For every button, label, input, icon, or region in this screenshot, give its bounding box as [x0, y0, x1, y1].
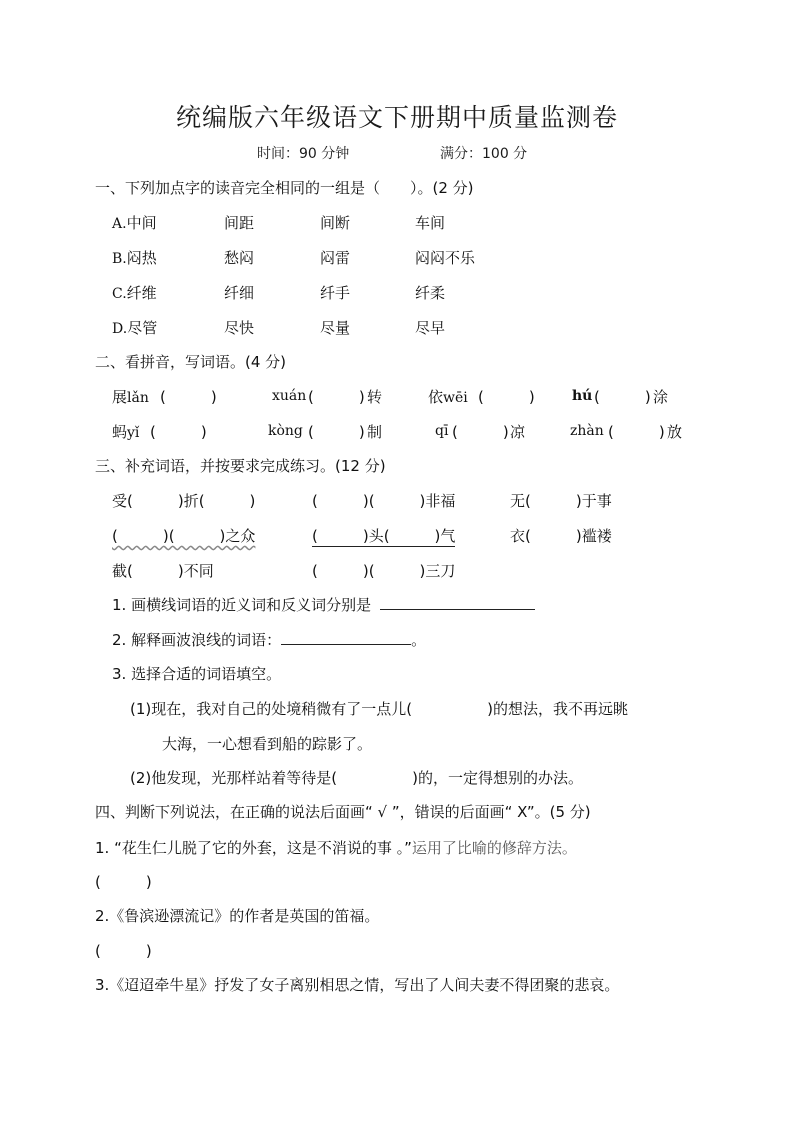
pinyin-item-suffix: 涂 — [653, 386, 668, 407]
pinyin-item: hú — [572, 386, 592, 404]
answer-line[interactable] — [281, 629, 411, 645]
option-word: 尽快 — [224, 317, 254, 338]
judge-item-3: 3.《迢迢牵牛星》抒发了女子离别相思之情，写出了人间夫妻不得团聚的悲哀。 — [95, 974, 619, 995]
judge-answer-1[interactable]: ( ) — [95, 871, 152, 892]
idiom-item[interactable]: 衣( )褴褛 — [510, 525, 612, 546]
option-label: D. — [112, 321, 127, 337]
answer-line[interactable] — [380, 594, 535, 610]
pinyin-text: lǎn — [127, 390, 149, 406]
pinyin-text: xuán — [272, 388, 306, 404]
idiom-item[interactable]: ( )( )三刀 — [312, 560, 455, 581]
option-word: 纤维 — [127, 284, 157, 302]
pinyin-text: zhàn — [570, 423, 604, 439]
section3-question-2: 2. 解释画波浪线的词语：。 — [112, 629, 426, 650]
option-word: 中间 — [127, 214, 157, 232]
option-label: B. — [112, 251, 127, 267]
fill-in-sentence-1[interactable]: (1)现在，我对自己的处境稍微有了一点儿( )的想法，我不再远眺 — [130, 698, 628, 719]
idiom-text: ( )( )之众 — [112, 527, 255, 545]
option-word: 闷热 — [127, 249, 157, 267]
section2-heading: 二、看拼音，写词语。(4 分) — [95, 351, 286, 372]
pinyin-text: hú — [572, 388, 592, 404]
answer-blank[interactable]: ( ) — [452, 421, 509, 442]
pinyin-item: 蚂yǐ — [112, 421, 139, 442]
option-word: 尽早 — [415, 317, 445, 338]
option-c: C.纤维 — [112, 282, 157, 303]
section4-heading: 四、判断下列说法，在正确的说法后面画“ √ ”，错误的后面画“ X”。(5 分) — [95, 801, 591, 822]
statement-text: 1. “花生仁儿脱了它的外套，这是不消说的事 。” — [95, 839, 412, 857]
option-b: B.闷热 — [112, 247, 157, 268]
pinyin-item: qī — [435, 421, 448, 439]
pinyin-item-suffix: 转 — [367, 386, 382, 407]
answer-blank[interactable]: ( ) — [308, 386, 365, 407]
section3-heading: 三、补充词语，并按要求完成练习。(12 分) — [95, 455, 386, 476]
section1-heading: 一、下列加点字的读音完全相同的一组是（ ）。(2 分) — [95, 177, 474, 198]
pinyin-text: kòng — [268, 423, 303, 439]
option-word: 尽量 — [320, 317, 350, 338]
option-word: 纤柔 — [415, 282, 445, 303]
question-end-mark: 。 — [411, 631, 426, 649]
pinyin-item: kòng — [268, 421, 303, 439]
idiom-text: ( )头( )气 — [312, 527, 455, 547]
pinyin-item-suffix: 放 — [667, 421, 682, 442]
pinyin-text: wēi — [443, 390, 468, 406]
pinyin-item: xuán — [272, 386, 306, 404]
idiom-item[interactable]: 截( )不同 — [112, 560, 214, 581]
option-word: 车间 — [415, 212, 445, 233]
pinyin-item-prefix: 依 — [428, 388, 443, 406]
answer-blank[interactable]: ( ) — [608, 421, 665, 442]
pinyin-item-prefix: 展 — [112, 388, 127, 406]
fill-in-sentence-1-continued: 大海，一心想看到船的踪影了。 — [162, 733, 372, 754]
idiom-item-wavy-underlined[interactable]: ( )( )之众 — [112, 525, 255, 546]
option-label: A. — [112, 216, 127, 232]
idiom-item[interactable]: 受( )折( ) — [112, 490, 255, 511]
judge-answer-2[interactable]: ( ) — [95, 940, 152, 961]
section3-question-3: 3. 选择合适的词语填空。 — [112, 663, 281, 684]
option-d: D.尽管 — [112, 317, 157, 338]
pinyin-item-suffix: 凉 — [510, 421, 525, 442]
option-label: C. — [112, 286, 127, 302]
pinyin-item-prefix: 蚂 — [112, 423, 127, 441]
option-word: 间距 — [224, 212, 254, 233]
question-text: 1. 画横线词语的近义词和反义词分别是 — [112, 596, 371, 614]
statement-tail: 运用了比喻的修辞方法。 — [412, 839, 577, 857]
fill-in-sentence-2[interactable]: (2)他发现，光那样站着等待是( )的，一定得想别的办法。 — [130, 767, 583, 788]
answer-blank[interactable]: ( ) — [308, 421, 365, 442]
idiom-item-underlined[interactable]: ( )头( )气 — [312, 525, 455, 546]
question-text: 2. 解释画波浪线的词语： — [112, 631, 281, 649]
option-a: A.中间 — [112, 212, 157, 233]
option-word: 闷闷不乐 — [415, 247, 475, 268]
answer-blank[interactable]: ( ) — [594, 386, 651, 407]
pinyin-item: 依wēi — [428, 386, 468, 407]
idiom-item[interactable]: 无( )于事 — [510, 490, 612, 511]
page-title: 统编版六年级语文下册期中质量监测卷 — [0, 98, 794, 134]
option-word: 纤手 — [320, 282, 350, 303]
option-word: 纤细 — [224, 282, 254, 303]
option-word: 间断 — [320, 212, 350, 233]
answer-blank[interactable]: ( ) — [478, 386, 535, 407]
option-word: 愁闷 — [224, 247, 254, 268]
exam-time: 时间：90 分钟 — [257, 143, 349, 163]
pinyin-item: 展lǎn — [112, 386, 149, 407]
section3-question-1: 1. 画横线词语的近义词和反义词分别是 — [112, 594, 535, 615]
judge-item-2: 2.《鲁滨逊漂流记》的作者是英国的笛福。 — [95, 905, 379, 926]
pinyin-item-suffix: 制 — [367, 421, 382, 442]
option-word: 尽管 — [127, 319, 157, 337]
pinyin-text: qī — [435, 423, 448, 439]
answer-blank[interactable]: ( ) — [160, 386, 217, 407]
option-word: 闷雷 — [320, 247, 350, 268]
judge-item-1: 1. “花生仁儿脱了它的外套，这是不消说的事 。”运用了比喻的修辞方法。 — [95, 837, 577, 858]
exam-full-score: 满分：100 分 — [440, 143, 527, 163]
answer-blank[interactable]: ( ) — [150, 421, 207, 442]
pinyin-item: zhàn — [570, 421, 604, 439]
idiom-item[interactable]: ( )( )非福 — [312, 490, 455, 511]
pinyin-text: yǐ — [127, 425, 139, 441]
